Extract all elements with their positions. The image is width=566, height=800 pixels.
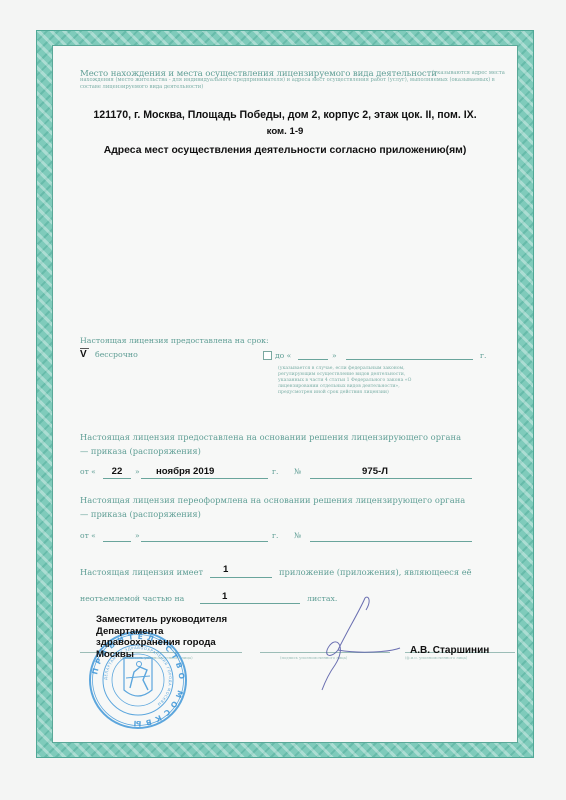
until-hint: (указывается в случае, если федеральным …: [278, 366, 418, 396]
sheet-count-value: 1: [222, 591, 227, 602]
reissue-number-field[interactable]: [310, 541, 472, 542]
reissue-day-field[interactable]: [103, 541, 131, 542]
appendix-line2-suffix: листах.: [307, 594, 337, 603]
until-label: до «: [275, 351, 291, 360]
appendix-line2-prefix: неотъемлемой частью на: [80, 594, 184, 603]
grant-heading-1: Настоящая лицензия предоставлена на осно…: [80, 432, 461, 442]
grant-number-label: №: [294, 467, 301, 476]
signature-line: [260, 652, 390, 653]
grant-heading-2: — приказа (распоряжения): [80, 446, 201, 456]
grant-number-value: 975-Л: [310, 466, 440, 477]
location-hint: (указываются адрес места нахождения (мес…: [80, 70, 512, 91]
grant-from-label: от «: [80, 467, 96, 476]
until-day-field[interactable]: [298, 359, 328, 360]
signer-name: А.В. Старшинин: [410, 645, 489, 656]
sheet-count-field[interactable]: [200, 603, 300, 604]
appendix-count-field[interactable]: [210, 577, 272, 578]
grant-day-value: 22: [103, 466, 131, 477]
position-line-2: Департамента: [96, 626, 227, 638]
reissue-number-label: №: [294, 531, 301, 540]
until-quote: »: [332, 351, 337, 360]
grant-number-field[interactable]: [310, 478, 472, 479]
signature-caption: (подпись уполномоченного лица): [280, 655, 347, 660]
reissue-heading-2: — приказа (распоряжения): [80, 509, 201, 519]
reissue-year-label: г.: [272, 531, 278, 540]
position-line-4: Москвы: [96, 649, 227, 661]
until-year-label: г.: [480, 351, 486, 360]
reissue-month-field[interactable]: [141, 541, 268, 542]
grant-day-field[interactable]: [103, 478, 131, 479]
address-line-1: 121170, г. Москва, Площадь Победы, дом 2…: [60, 109, 510, 121]
appendix-line1-prefix: Настоящая лицензия имеет: [80, 567, 203, 577]
reissue-from-label: от «: [80, 531, 96, 540]
license-page: Место нахождения и места осуществления л…: [0, 0, 566, 800]
signer-position: Заместитель руководителя Департамента зд…: [96, 614, 227, 660]
grant-month-field[interactable]: [141, 478, 268, 479]
reissue-heading-1: Настоящая лицензия переоформлена на осно…: [80, 495, 465, 505]
position-line-3: здравоохранения города: [96, 637, 227, 649]
appendix-count-value: 1: [223, 564, 228, 575]
indefinite-label: бессрочно: [95, 350, 138, 359]
address-line-2: ком. 1-9: [60, 126, 510, 137]
until-checkbox[interactable]: [263, 351, 272, 360]
indefinite-checkbox[interactable]: V: [80, 348, 90, 360]
check-mark-icon: V: [80, 349, 87, 360]
grant-quote-close: »: [135, 467, 140, 476]
appendix-line1-suffix: приложение (приложения), являющееся её: [279, 567, 472, 577]
reissue-quote-close: »: [135, 531, 140, 540]
address-note: Адреса мест осуществления деятельности с…: [60, 145, 510, 156]
grant-year-label: г.: [272, 467, 278, 476]
grant-month-year-value: ноября 2019: [156, 466, 214, 477]
term-heading: Настоящая лицензия предоставлена на срок…: [80, 336, 269, 345]
position-line-1: Заместитель руководителя: [96, 614, 227, 626]
until-month-field[interactable]: [346, 359, 473, 360]
